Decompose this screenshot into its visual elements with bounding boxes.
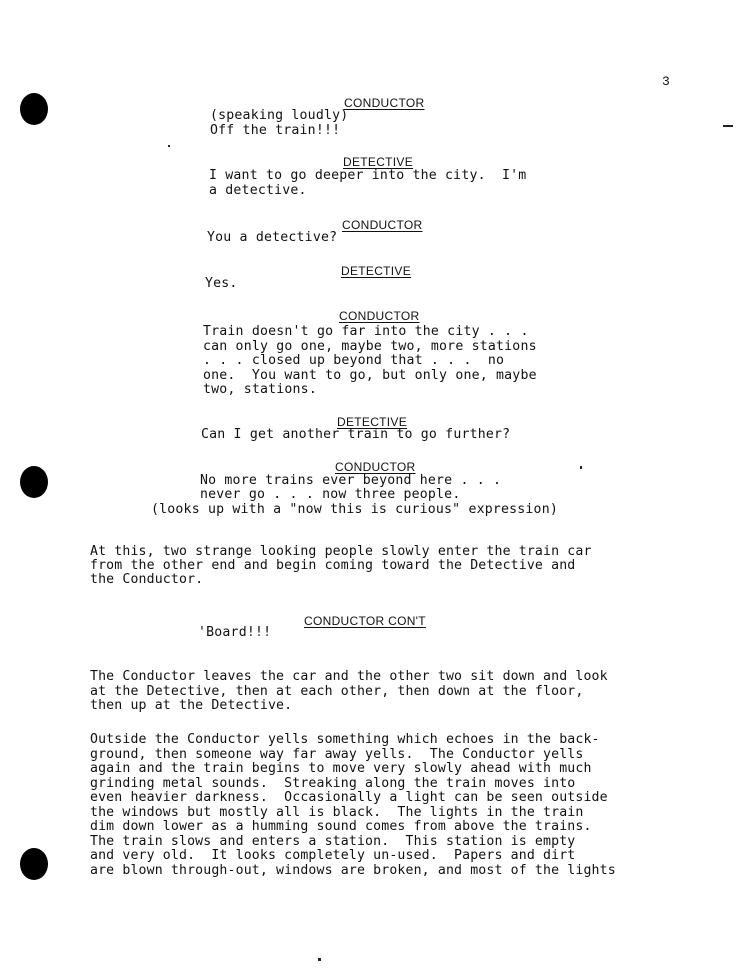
- binder-hole-icon: [20, 848, 48, 880]
- action-line: Outside the Conductor yells something wh…: [90, 733, 600, 747]
- character-name: CONDUCTOR: [335, 460, 415, 474]
- dialogue-line: You a detective?: [207, 231, 337, 246]
- action-line: and very old. It looks completely un-use…: [90, 849, 575, 863]
- parenthetical: (looks up with a "now this is curious" e…: [151, 503, 558, 518]
- action-line: even heavier darkness. Occasionally a li…: [90, 791, 608, 805]
- parenthetical: (speaking loudly): [210, 109, 348, 124]
- character-name: DETECTIVE: [343, 155, 413, 169]
- dialogue-line: two, stations.: [203, 383, 317, 398]
- dialogue-line: Train doesn't go far into the city . . .: [203, 325, 529, 340]
- binder-hole-icon: [20, 466, 48, 498]
- action-line: then up at the Detective.: [90, 699, 292, 713]
- character-name: CONDUCTOR CON'T: [304, 614, 426, 628]
- script-page: 3 CONDUCTOR (speaking loudly) Off the tr…: [0, 0, 751, 975]
- page-number: 3: [662, 74, 670, 89]
- dialogue-line: Off the train!!!: [210, 124, 340, 139]
- scan-mark: [168, 145, 170, 147]
- action-line: are blown through-out, windows are broke…: [90, 864, 616, 878]
- dialogue-line: I want to go deeper into the city. I'm: [209, 169, 526, 184]
- character-name: CONDUCTOR: [339, 309, 419, 323]
- dialogue-line: never go . . . now three people.: [200, 488, 460, 503]
- action-line: dim down lower as a humming sound comes …: [90, 820, 592, 834]
- scan-mark: [723, 125, 733, 127]
- action-line: again and the train begins to move very …: [90, 762, 592, 776]
- binder-hole-icon: [20, 93, 48, 125]
- dialogue-line: Yes.: [205, 277, 238, 292]
- scan-mark: [580, 466, 582, 469]
- dialogue-line: . . . closed up beyond that . . . no: [203, 354, 504, 369]
- character-name: CONDUCTOR: [342, 218, 422, 232]
- dialogue-line: 'Board!!!: [198, 626, 271, 641]
- character-name: CONDUCTOR: [344, 96, 424, 110]
- dialogue-line: a detective.: [209, 184, 307, 199]
- action-line: The Conductor leaves the car and the oth…: [90, 670, 608, 684]
- character-name: DETECTIVE: [341, 264, 411, 278]
- dialogue-line: Can I get another train to go further?: [201, 428, 510, 443]
- scan-mark: [318, 958, 321, 961]
- action-line: the Conductor.: [90, 573, 203, 587]
